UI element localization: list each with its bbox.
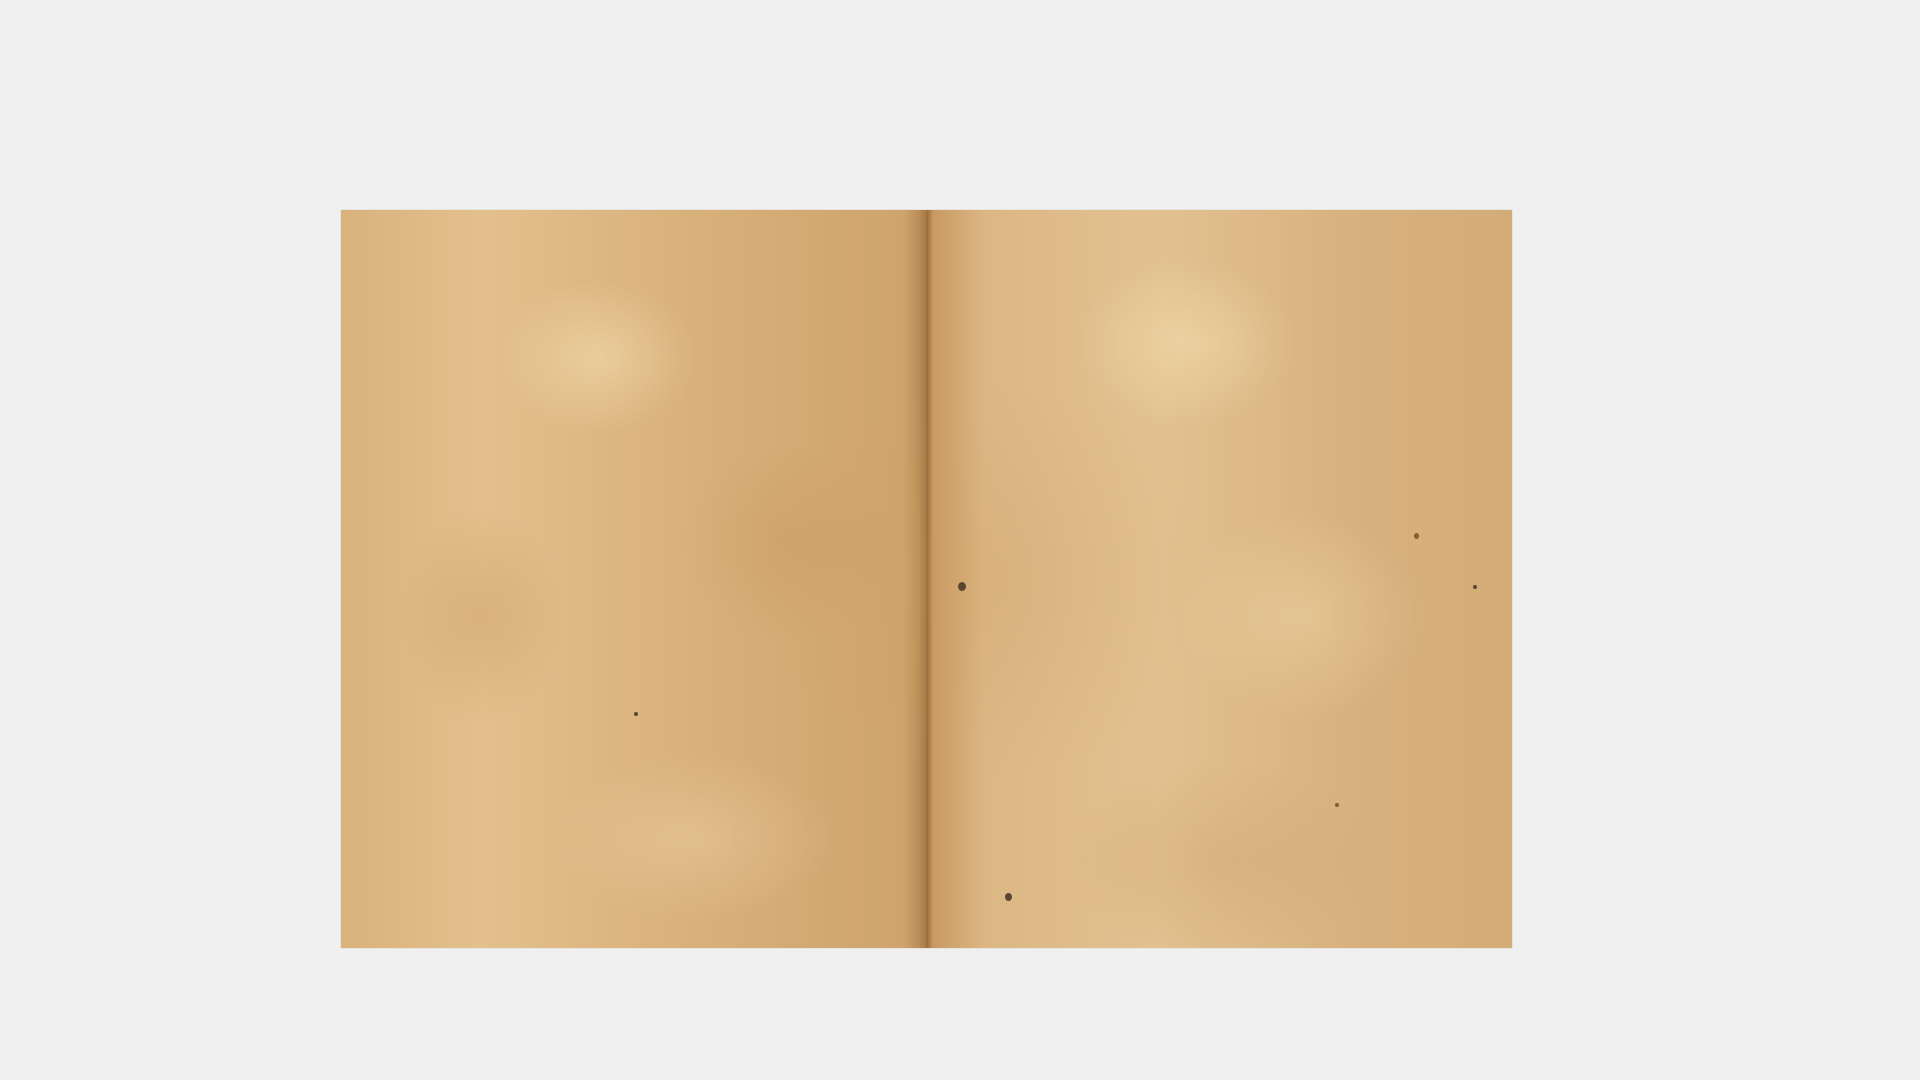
paper-speck [1473,585,1477,589]
center-fold [919,210,933,948]
paper-speck [958,582,966,591]
paper-speck [1005,893,1012,901]
paper-speck [634,712,638,716]
paper-speck [1414,533,1419,539]
paper-speck [1335,803,1339,807]
image-canvas [0,0,1920,1080]
aged-paper-spread [341,210,1512,948]
